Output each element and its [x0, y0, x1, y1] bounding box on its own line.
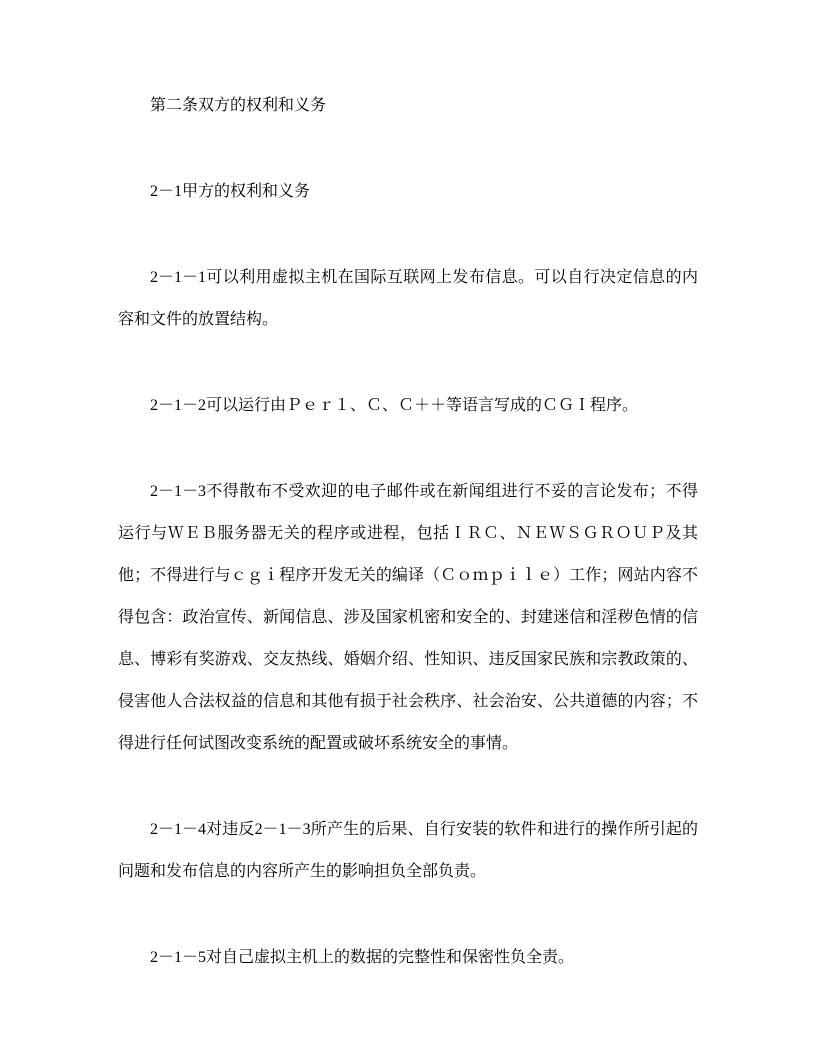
document-page: 第二条双方的权利和义务 2－1甲方的权利和义务 2－1－1可以利用虚拟主机在国际…	[0, 0, 816, 1056]
article-heading: 第二条双方的权利和义务	[118, 85, 698, 127]
clause-2-1-5: 2－1－5对自己虚拟主机上的数据的完整性和保密性负全责。	[118, 937, 698, 979]
clause-2-1-4: 2－1－4对违反2－1－3所产生的后果、自行安装的软件和进行的操作所引起的问题和…	[118, 809, 698, 893]
section-heading: 2－1甲方的权利和义务	[118, 171, 698, 213]
clause-2-1-3: 2－1－3不得散布不受欢迎的电子邮件或在新闻组进行不妥的言论发布；不得运行与ＷＥ…	[118, 471, 698, 765]
clause-2-1-1: 2－1－1可以利用虚拟主机在国际互联网上发布信息。可以自行决定信息的内容和文件的…	[118, 257, 698, 341]
clause-2-1-2: 2－1－2可以运行由Ｐｅｒ１、Ｃ、Ｃ＋＋等语言写成的ＣＧＩ程序。	[118, 385, 698, 427]
